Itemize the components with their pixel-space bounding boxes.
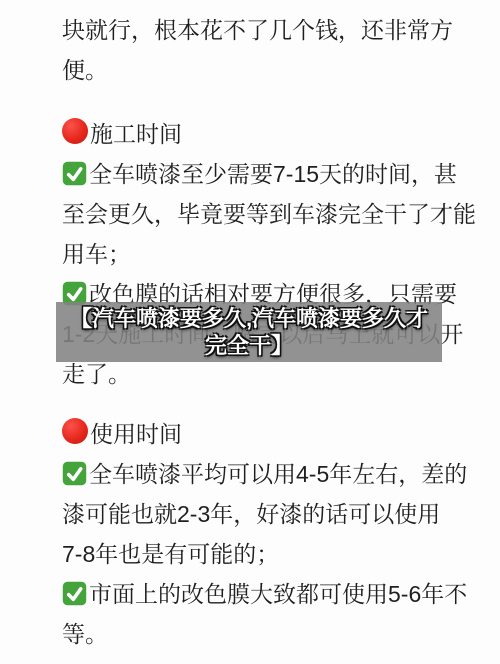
check-icon [62, 581, 87, 606]
red-circle-icon [62, 118, 88, 144]
intro-text: 块就行，根本花不了几个钱，还非常方 便。 [62, 17, 453, 83]
section-title: 施工时间 [90, 121, 182, 147]
section-usage-time: 使用时间 全车喷漆平均可以用4-5年左右，差的 漆可能也就2-3年，好漆的话可以… [62, 412, 492, 654]
bullet-text: 市面上的改色膜大致都可使用5-6年不 等。 [62, 581, 467, 647]
watermark-overlay: 【汽车喷漆要多久,汽车喷漆要多久才 完全干】 [56, 302, 442, 362]
bullet-text: 全车喷漆平均可以用4-5年左右，差的 漆可能也就2-3年，好漆的话可以使用 7-… [62, 461, 467, 567]
bullet-item: 市面上的改色膜大致都可使用5-6年不 等。 [62, 574, 492, 654]
check-icon [62, 461, 87, 486]
watermark-line2: 完全干】 [205, 332, 293, 359]
watermark-line1: 【汽车喷漆要多久,汽车喷漆要多久才 [70, 305, 428, 332]
intro-paragraph: 块就行，根本花不了几个钱，还非常方 便。 [62, 10, 492, 90]
bullet-item: 全车喷漆至少需要7-15天的时间，甚 至会更久，毕竟要等到车漆完全干了才能 用车… [62, 154, 492, 274]
section-header: 使用时间 [62, 412, 492, 454]
section-title: 使用时间 [90, 421, 182, 447]
section-header: 施工时间 [62, 112, 492, 154]
bullet-item: 全车喷漆平均可以用4-5年左右，差的 漆可能也就2-3年，好漆的话可以使用 7-… [62, 454, 492, 574]
article-page: 块就行，根本花不了几个钱，还非常方 便。 施工时间 全车喷漆至少需要7-15天的… [0, 0, 500, 664]
bullet-text: 全车喷漆至少需要7-15天的时间，甚 至会更久，毕竟要等到车漆完全干了才能 用车… [62, 161, 476, 267]
red-circle-icon [62, 418, 88, 444]
check-icon [62, 161, 87, 186]
